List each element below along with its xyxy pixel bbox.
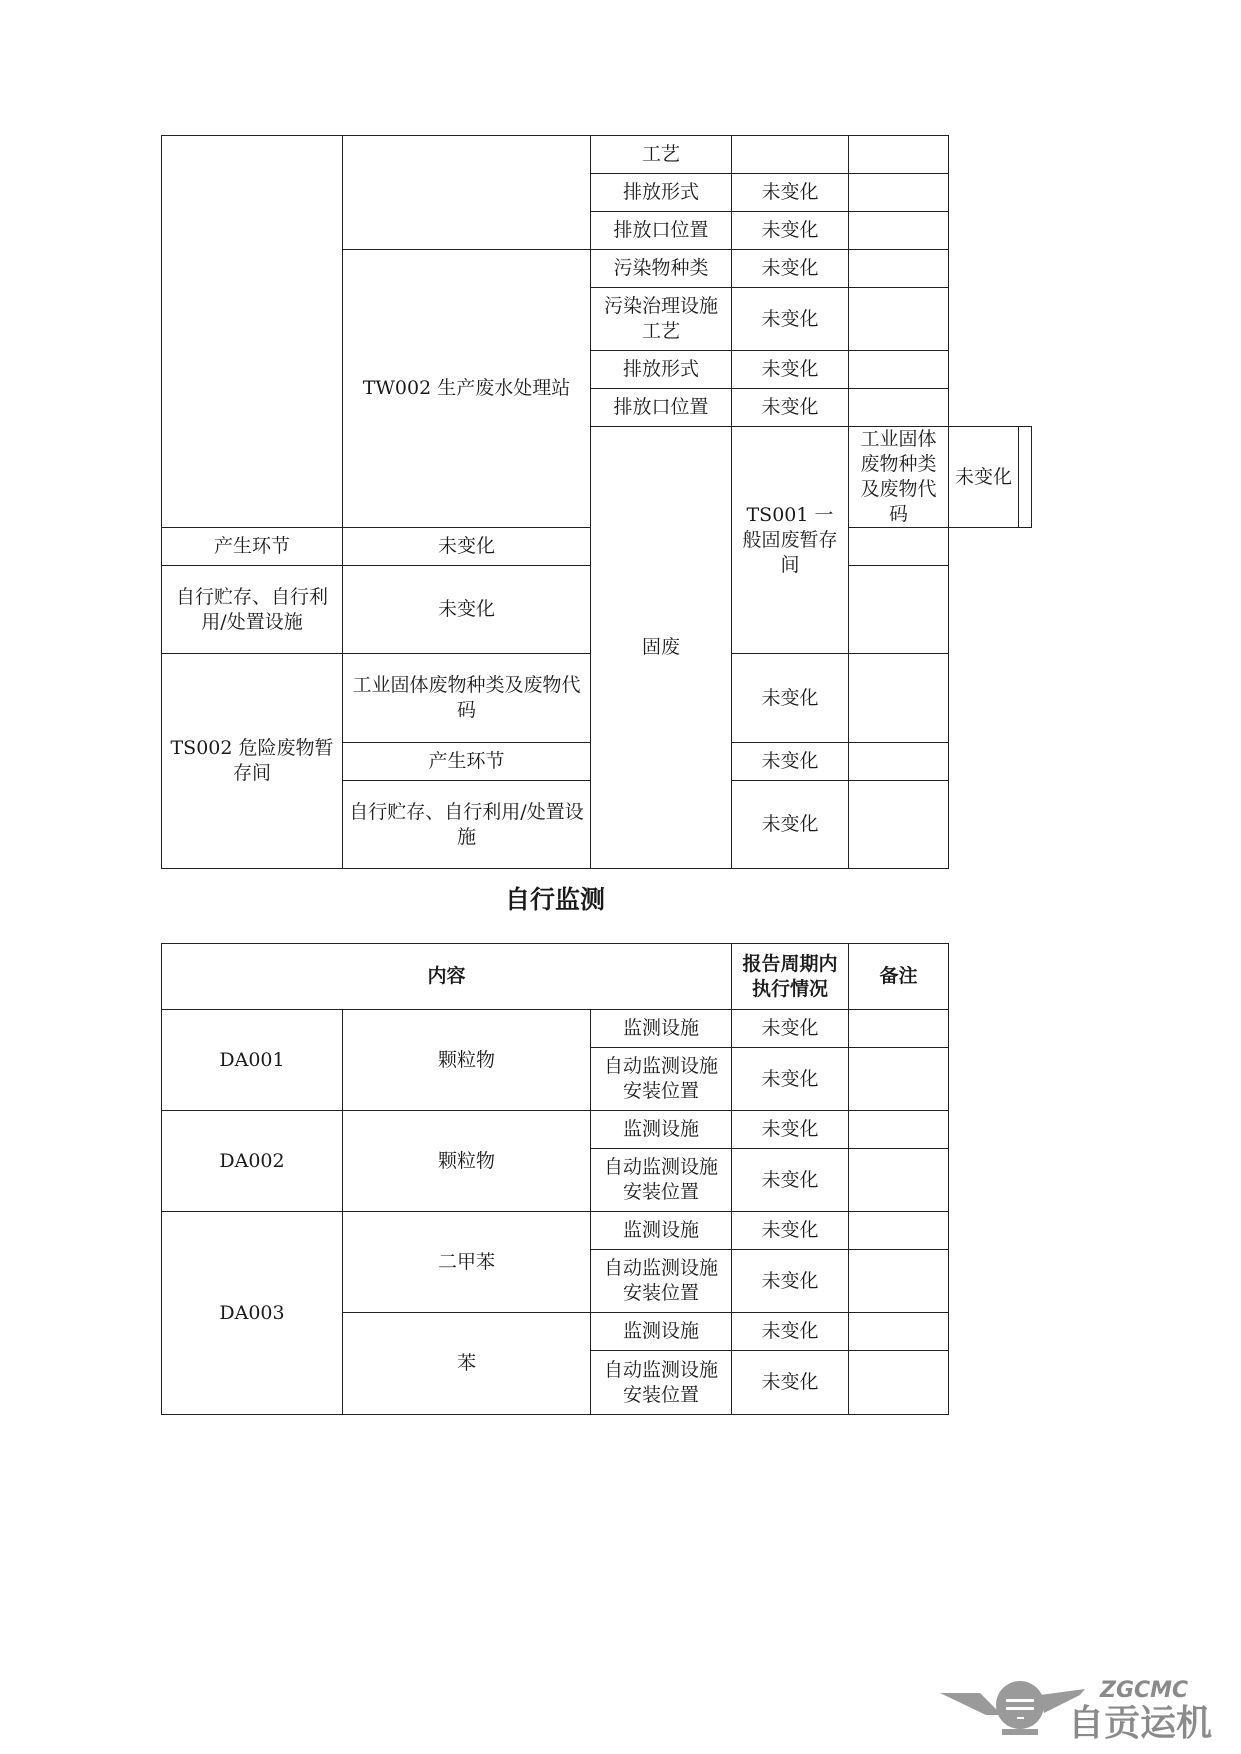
item-cell: 产生环节: [343, 743, 591, 781]
group-cell-ts001: TS001 一般固废暂存间: [732, 427, 849, 654]
status-cell: 未变化: [732, 1313, 849, 1351]
remark-cell: [849, 528, 949, 566]
item-cell: 自动监测设施安装位置: [591, 1250, 732, 1313]
status-cell: 未变化: [732, 351, 849, 389]
remark-cell: [849, 250, 949, 288]
category-cell-empty: [162, 136, 343, 528]
item-cell: 产生环节: [162, 528, 343, 566]
remark-cell: [849, 743, 949, 781]
status-cell: 未变化: [343, 528, 591, 566]
pollution-facility-table: 工艺 排放形式 未变化 排放口位置 未变化 TW002 生产废水处理站 污染物种…: [161, 135, 1032, 869]
item-cell: 自动监测设施安装位置: [591, 1149, 732, 1212]
status-cell: 未变化: [949, 427, 1019, 528]
remark-cell: [849, 1010, 949, 1048]
item-cell: 自动监测设施安装位置: [591, 1351, 732, 1415]
item-cell: 自行贮存、自行利用/处置设施: [162, 566, 343, 654]
item-cell: 排放形式: [591, 174, 732, 212]
remark-cell: [849, 389, 949, 427]
svg-text:自贡运机: 自贡运机: [1068, 1703, 1212, 1744]
header-content: 内容: [162, 944, 732, 1010]
pollutant-cell: 颗粒物: [343, 1010, 591, 1111]
item-cell: 排放口位置: [591, 389, 732, 427]
zgcmc-emblem-icon: ZGCMC 自贡运机: [940, 1665, 1240, 1745]
status-cell: 未变化: [732, 1010, 849, 1048]
header-remark: 备注: [849, 944, 949, 1010]
remark-cell: [849, 174, 949, 212]
remark-cell: [849, 1212, 949, 1250]
status-cell: 未变化: [732, 174, 849, 212]
item-cell: 工艺: [591, 136, 732, 174]
status-cell: 未变化: [732, 1351, 849, 1415]
outlet-id-cell: DA003: [162, 1212, 343, 1415]
group-cell-ts002: TS002 危险废物暂存间: [162, 654, 343, 869]
remark-cell: [849, 1250, 949, 1313]
self-monitoring-table: 内容 报告周期内执行情况 备注 DA001 颗粒物 监测设施 未变化 自动监测设…: [161, 943, 949, 1415]
remark-cell: [1019, 427, 1032, 528]
item-cell: 自动监测设施安装位置: [591, 1048, 732, 1111]
item-cell: 工业固体废物种类及废物代码: [849, 427, 949, 528]
status-cell: 未变化: [732, 1149, 849, 1212]
pollutant-cell: 苯: [343, 1313, 591, 1415]
status-cell: 未变化: [732, 743, 849, 781]
remark-cell: [849, 351, 949, 389]
remark-cell: [849, 566, 949, 654]
item-cell: 监测设施: [591, 1212, 732, 1250]
status-cell: 未变化: [732, 1250, 849, 1313]
item-cell: 监测设施: [591, 1010, 732, 1048]
zgcmc-watermark-logo: ZGCMC 自贡运机: [940, 1665, 1240, 1745]
pollutant-cell: 颗粒物: [343, 1111, 591, 1212]
item-cell: 工业固体废物种类及废物代码: [343, 654, 591, 743]
item-cell: 污染治理设施工艺: [591, 288, 732, 351]
remark-cell: [849, 212, 949, 250]
status-cell: 未变化: [732, 781, 849, 869]
remark-cell: [849, 1149, 949, 1212]
outlet-id-cell: DA002: [162, 1111, 343, 1212]
item-cell: 监测设施: [591, 1111, 732, 1149]
remark-cell: [849, 288, 949, 351]
remark-cell: [849, 1048, 949, 1111]
category-cell-solid-waste: 固废: [591, 427, 732, 869]
outlet-id-cell: DA001: [162, 1010, 343, 1111]
item-cell: 污染物种类: [591, 250, 732, 288]
group-cell-empty: [343, 136, 591, 250]
status-cell: 未变化: [732, 1111, 849, 1149]
section-title: 自行监测: [0, 880, 1110, 916]
status-cell: 未变化: [732, 1048, 849, 1111]
remark-cell: [849, 1313, 949, 1351]
remark-cell: [849, 654, 949, 743]
remark-cell: [849, 1111, 949, 1149]
status-cell: 未变化: [343, 566, 591, 654]
status-cell: 未变化: [732, 250, 849, 288]
svg-text:ZGCMC: ZGCMC: [1099, 1678, 1188, 1703]
item-cell: 自行贮存、自行利用/处置设施: [343, 781, 591, 869]
remark-cell: [849, 136, 949, 174]
remark-cell: [849, 1351, 949, 1415]
status-cell: 未变化: [732, 1212, 849, 1250]
header-status: 报告周期内执行情况: [732, 944, 849, 1010]
item-cell: 排放口位置: [591, 212, 732, 250]
status-cell: 未变化: [732, 212, 849, 250]
status-cell: 未变化: [732, 288, 849, 351]
status-cell: 未变化: [732, 654, 849, 743]
group-cell-tw002: TW002 生产废水处理站: [343, 250, 591, 528]
status-cell: [732, 136, 849, 174]
item-cell: 监测设施: [591, 1313, 732, 1351]
status-cell: 未变化: [732, 389, 849, 427]
pollutant-cell: 二甲苯: [343, 1212, 591, 1313]
remark-cell: [849, 781, 949, 869]
item-cell: 排放形式: [591, 351, 732, 389]
